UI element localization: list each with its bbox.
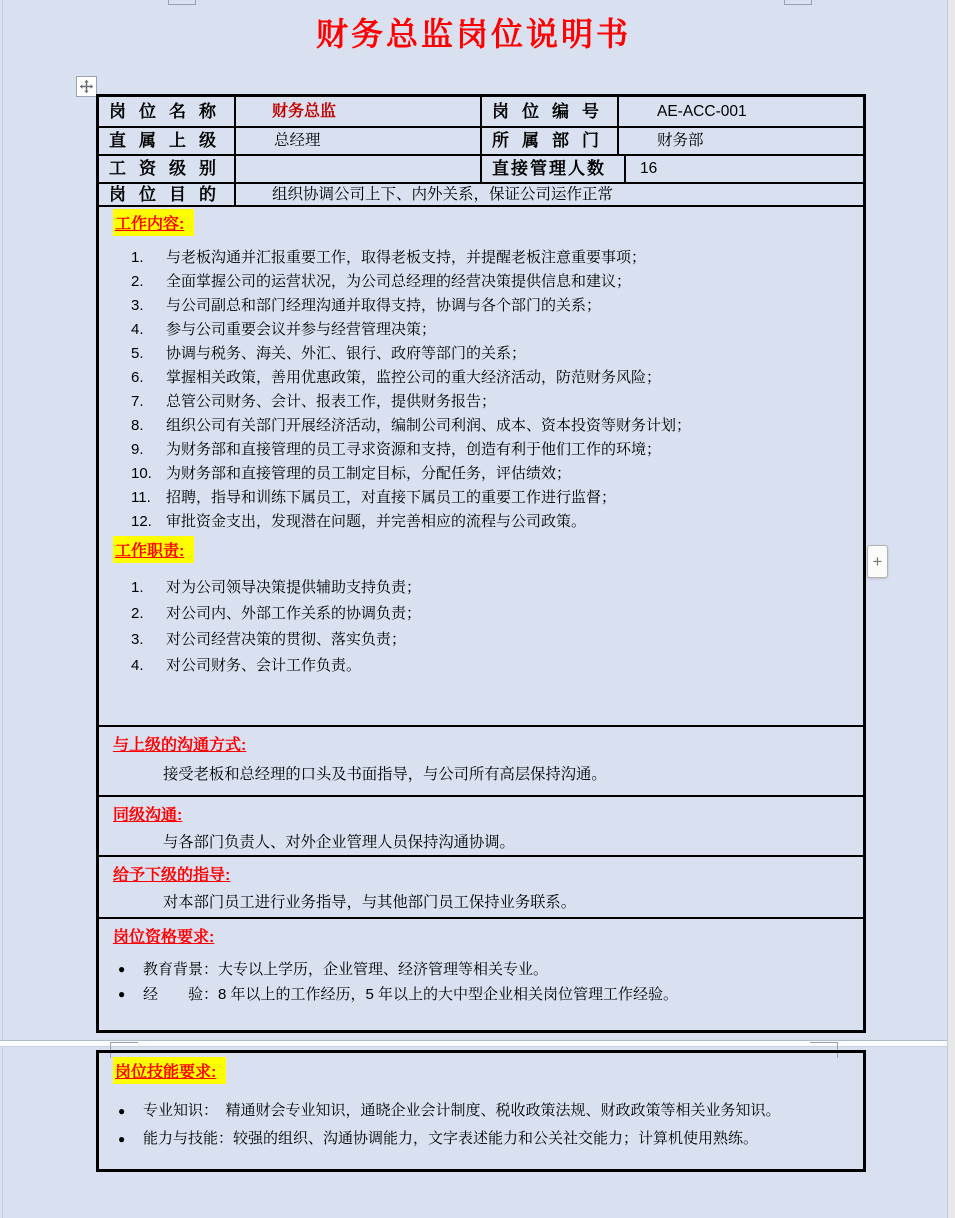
section-qualifications: 岗位资格要求: ●教育背景：大专以上学历，企业管理、经济管理等相关专业。 ●经 … — [99, 919, 863, 1030]
item-number: 4. — [131, 653, 166, 679]
move-icon — [79, 79, 94, 94]
item-text: 参与公司重要会议并参与经营管理决策； — [166, 318, 863, 342]
item-number: 9. — [131, 438, 166, 462]
item-number: 2. — [131, 270, 166, 294]
item-number: 7. — [131, 390, 166, 414]
bullet-text: 经 验：8 年以上的工作经历，5 年以上的大中型企业相关岗位管理工作经验。 — [143, 982, 863, 1007]
list-item: 3.对公司经营决策的贯彻、落实负责； — [99, 627, 863, 653]
item-number: 12. — [131, 510, 166, 534]
salary-grade-label: 工资级别 — [99, 156, 236, 182]
list-item: 8.组织公司有关部门开展经济活动，编制公司利润、成本、资本投资等财务计划； — [99, 414, 863, 438]
document-title: 财务总监岗位说明书 — [0, 9, 947, 55]
list-item: 2.对公司内、外部工作关系的协调负责； — [99, 601, 863, 627]
upward-communication-heading: 与上级的沟通方式: — [113, 732, 246, 755]
direct-reports-value: 16 — [626, 156, 863, 182]
skills-table: 岗位技能要求: ●专业知识： 精通财会专业知识，通晓企业会计制度、税收政策法规、… — [96, 1050, 866, 1172]
item-text: 掌握相关政策，善用优惠政策，监控公司的重大经济活动，防范财务风险； — [166, 366, 863, 390]
bullet-text: 教育背景：大专以上学历，企业管理、经济管理等相关专业。 — [143, 957, 863, 982]
list-item: 9.为财务部和直接管理的员工寻求资源和支持，创造有利于他们工作的环境； — [99, 438, 863, 462]
margin-mark-top-right — [784, 0, 812, 5]
peer-communication-heading: 同级沟通: — [113, 802, 182, 825]
item-text: 全面掌握公司的运营状况，为公司总经理的经营决策提供信息和建议； — [166, 270, 863, 294]
list-item: 12.审批资金支出，发现潜在问题，并完善相应的流程与公司政策。 — [99, 510, 863, 534]
work-content-heading: 工作内容: — [113, 209, 194, 236]
bullet-icon: ● — [118, 1097, 143, 1125]
item-text: 对为公司领导决策提供辅助支持负责； — [166, 575, 863, 601]
table-row: 工资级别 直接管理人数 16 — [99, 156, 863, 184]
list-item: 6.掌握相关政策，善用优惠政策，监控公司的重大经济活动，防范财务风险； — [99, 366, 863, 390]
item-number: 6. — [131, 366, 166, 390]
peer-communication-body: 与各部门负责人、对外企业管理人员保持沟通协调。 — [99, 830, 863, 852]
item-number: 1. — [131, 575, 166, 601]
item-number: 8. — [131, 414, 166, 438]
department-value: 财务部 — [619, 128, 863, 154]
section-peer-communication: 同级沟通: 与各部门负责人、对外企业管理人员保持沟通协调。 — [99, 797, 863, 857]
list-item: 7.总管公司财务、会计、报表工作，提供财务报告； — [99, 390, 863, 414]
item-text: 组织公司有关部门开展经济活动，编制公司利润、成本、资本投资等财务计划； — [166, 414, 863, 438]
skills-list: ●专业知识： 精通财会专业知识，通晓企业会计制度、税收政策法规、财政政策等相关业… — [99, 1097, 863, 1153]
list-item: ●教育背景：大专以上学历，企业管理、经济管理等相关专业。 — [99, 957, 863, 982]
position-name-label: 岗位名称 — [99, 97, 236, 126]
list-item: ●能力与技能：较强的组织、沟通协调能力，文字表述能力和公关社交能力；计算机使用熟… — [99, 1125, 863, 1153]
bullet-text: 专业知识： 精通财会专业知识，通晓企业会计制度、税收政策法规、财政政策等相关业务… — [143, 1097, 863, 1125]
list-item: 5.协调与税务、海关、外汇、银行、政府等部门的关系； — [99, 342, 863, 366]
item-number: 5. — [131, 342, 166, 366]
list-item: 4.参与公司重要会议并参与经营管理决策； — [99, 318, 863, 342]
item-text: 为财务部和直接管理的员工寻求资源和支持，创造有利于他们工作的环境； — [166, 438, 863, 462]
item-number: 10. — [131, 462, 166, 486]
subordinate-guidance-heading: 给予下级的指导: — [113, 862, 230, 885]
margin-mark-top-left — [168, 0, 196, 5]
job-description-table: 岗位名称 财务总监 岗位编号 AE-ACC-001 直属上级 总经理 所属部门 … — [96, 94, 866, 1033]
list-item: 2.全面掌握公司的运营状况，为公司总经理的经营决策提供信息和建议； — [99, 270, 863, 294]
item-text: 与老板沟通并汇报重要工作，取得老板支持，并提醒老板注意重要事项； — [166, 246, 863, 270]
item-text: 招聘，指导和训练下属员工，对直接下属员工的重要工作进行监督； — [166, 486, 863, 510]
item-text: 审批资金支出，发现潜在问题，并完善相应的流程与公司政策。 — [166, 510, 863, 534]
responsibilities-list: 1.对为公司领导决策提供辅助支持负责； 2.对公司内、外部工作关系的协调负责； … — [99, 575, 863, 679]
item-number: 4. — [131, 318, 166, 342]
supervisor-value: 总经理 — [236, 128, 482, 154]
item-text: 对公司经营决策的贯彻、落实负责； — [166, 627, 863, 653]
list-item: 1.对为公司领导决策提供辅助支持负责； — [99, 575, 863, 601]
qualifications-list: ●教育背景：大专以上学历，企业管理、经济管理等相关专业。 ●经 验：8 年以上的… — [99, 957, 863, 1007]
responsibilities-heading: 工作职责: — [113, 536, 194, 563]
salary-grade-value — [236, 156, 482, 182]
list-item: ●专业知识： 精通财会专业知识，通晓企业会计制度、税收政策法规、财政政策等相关业… — [99, 1097, 863, 1125]
item-number: 3. — [131, 627, 166, 653]
table-row: 直属上级 总经理 所属部门 财务部 — [99, 128, 863, 156]
qualifications-heading: 岗位资格要求: — [113, 924, 214, 947]
table-row: 岗位名称 财务总监 岗位编号 AE-ACC-001 — [99, 97, 863, 128]
section-work-content: 工作内容: 1.与老板沟通并汇报重要工作，取得老板支持，并提醒老板注意重要事项；… — [99, 207, 863, 727]
department-label: 所属部门 — [482, 128, 619, 154]
list-item: 10.为财务部和直接管理的员工制定目标，分配任务，评估绩效； — [99, 462, 863, 486]
subordinate-guidance-body: 对本部门员工进行业务指导，与其他部门员工保持业务联系。 — [99, 890, 863, 912]
page-left-edge — [2, 0, 3, 1218]
item-number: 3. — [131, 294, 166, 318]
work-content-list: 1.与老板沟通并汇报重要工作，取得老板支持，并提醒老板注意重要事项； 2.全面掌… — [99, 246, 863, 534]
upward-communication-body: 接受老板和总经理的口头及书面指导，与公司所有高层保持沟通。 — [99, 762, 863, 784]
list-item: 1.与老板沟通并汇报重要工作，取得老板支持，并提醒老板注意重要事项； — [99, 246, 863, 270]
position-name-value: 财务总监 — [236, 97, 482, 126]
bullet-icon: ● — [118, 957, 143, 982]
page-break-separator — [0, 1040, 947, 1047]
position-code-value: AE-ACC-001 — [619, 97, 863, 126]
section-upward-communication: 与上级的沟通方式: 接受老板和总经理的口头及书面指导，与公司所有高层保持沟通。 — [99, 727, 863, 797]
item-text: 总管公司财务、会计、报表工作，提供财务报告； — [166, 390, 863, 414]
list-item: 11.招聘，指导和训练下属员工，对直接下属员工的重要工作进行监督； — [99, 486, 863, 510]
table-move-handle[interactable] — [76, 76, 97, 97]
position-code-label: 岗位编号 — [482, 97, 619, 126]
plus-icon: + — [873, 553, 883, 570]
item-text: 对公司财务、会计工作负责。 — [166, 653, 863, 679]
list-item: 4.对公司财务、会计工作负责。 — [99, 653, 863, 679]
item-number: 2. — [131, 601, 166, 627]
item-number: 11. — [131, 486, 166, 510]
right-gutter — [947, 0, 955, 1218]
bullet-icon: ● — [118, 982, 143, 1007]
item-number: 1. — [131, 246, 166, 270]
purpose-label: 岗位目的 — [99, 184, 236, 205]
document-page: { "title": "财务总监岗位说明书", "glyphs": { "bul… — [0, 0, 955, 1218]
item-text: 为财务部和直接管理的员工制定目标，分配任务，评估绩效； — [166, 462, 863, 486]
plus-button[interactable]: + — [867, 545, 888, 578]
skills-heading: 岗位技能要求: — [113, 1057, 226, 1084]
table-row: 岗位目的 组织协调公司上下、内外关系，保证公司运作正常 — [99, 184, 863, 207]
supervisor-label: 直属上级 — [99, 128, 236, 154]
section-subordinate-guidance: 给予下级的指导: 对本部门员工进行业务指导，与其他部门员工保持业务联系。 — [99, 857, 863, 919]
item-text: 与公司副总和部门经理沟通并取得支持，协调与各个部门的关系； — [166, 294, 863, 318]
purpose-value: 组织协调公司上下、内外关系，保证公司运作正常 — [236, 184, 863, 205]
direct-reports-label: 直接管理人数 — [482, 156, 626, 182]
bullet-icon: ● — [118, 1125, 143, 1153]
bullet-text: 能力与技能：较强的组织、沟通协调能力，文字表述能力和公关社交能力；计算机使用熟练… — [143, 1125, 863, 1153]
item-text: 协调与税务、海关、外汇、银行、政府等部门的关系； — [166, 342, 863, 366]
item-text: 对公司内、外部工作关系的协调负责； — [166, 601, 863, 627]
list-item: 3.与公司副总和部门经理沟通并取得支持，协调与各个部门的关系； — [99, 294, 863, 318]
list-item: ●经 验：8 年以上的工作经历，5 年以上的大中型企业相关岗位管理工作经验。 — [99, 982, 863, 1007]
